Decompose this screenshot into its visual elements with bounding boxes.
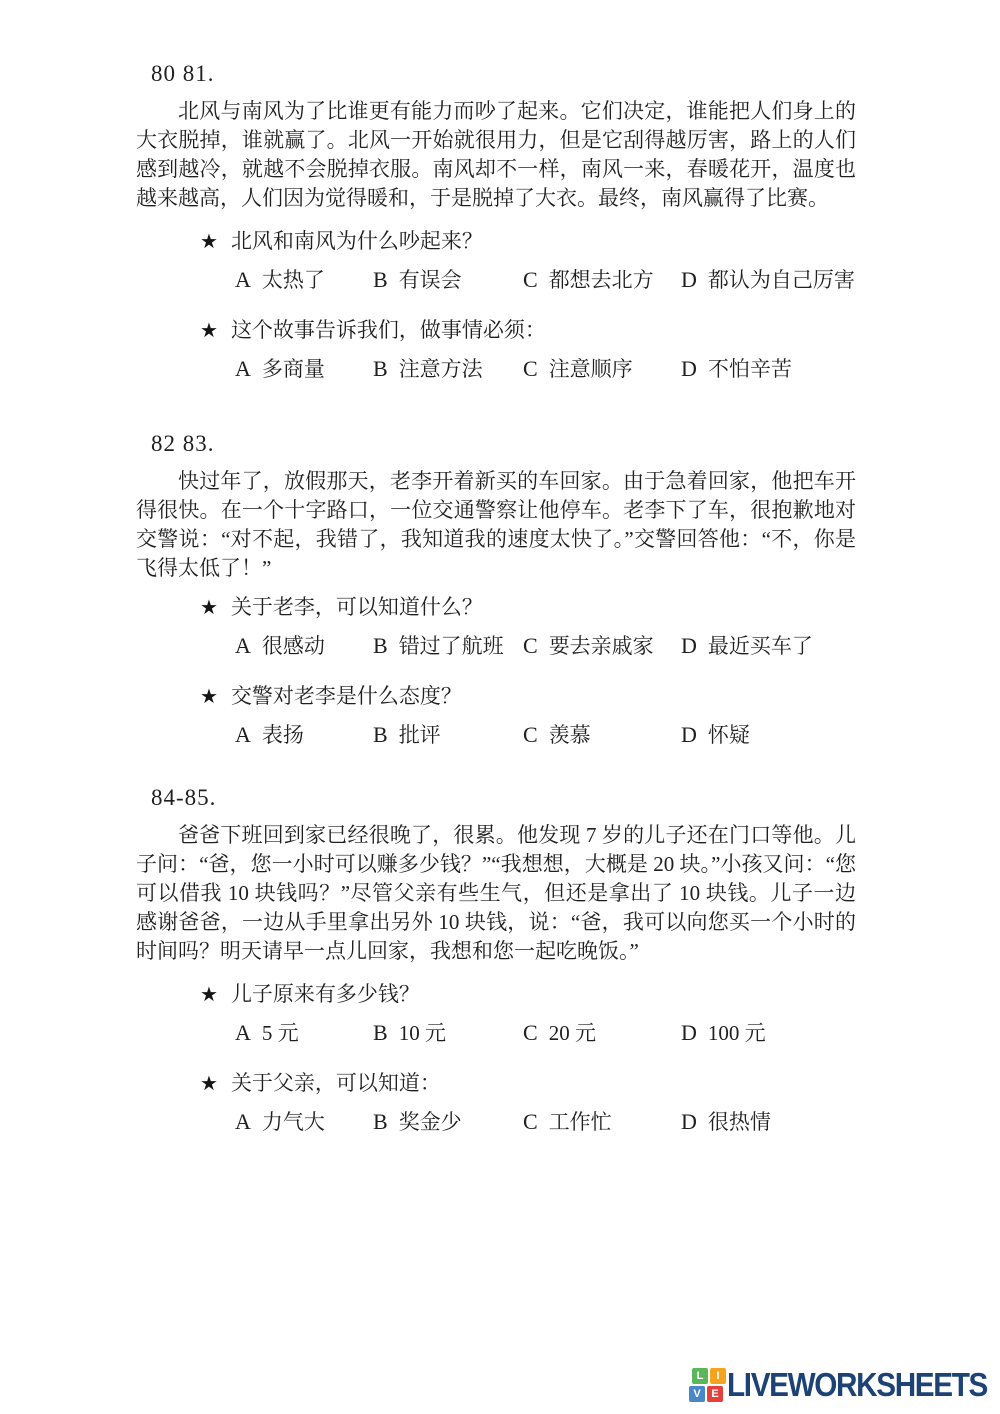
options-row: A 多商量 B 注意方法 C 注意顺序 D 不怕辛苦 xyxy=(235,354,856,384)
options-row: A 5 元 B 10 元 C 20 元 D 100 元 xyxy=(235,1018,856,1048)
option-text: 最近买车了 xyxy=(708,632,813,661)
option-d[interactable]: D 都认为自己厉害 xyxy=(681,265,855,295)
option-letter: A xyxy=(235,354,251,383)
section-number: 80 81. xyxy=(151,60,856,88)
option-text: 有误会 xyxy=(399,266,462,295)
option-text: 20 元 xyxy=(549,1019,596,1048)
option-a[interactable]: A 力气大 xyxy=(235,1107,373,1137)
option-letter: C xyxy=(523,265,538,294)
option-c[interactable]: C 工作忙 xyxy=(523,1107,681,1137)
options-row: A 力气大 B 奖金少 C 工作忙 D 很热情 xyxy=(235,1107,856,1137)
option-text: 不怕辛苦 xyxy=(708,355,792,384)
option-text: 很感动 xyxy=(262,632,325,661)
question-prompt: 关于老李，可以知道什么？ xyxy=(231,593,483,622)
option-text: 都认为自己厉害 xyxy=(708,266,855,295)
question-block: ★ 这个故事告诉我们，做事情必须： A 多商量 B 注意方法 C 注意顺序 xyxy=(200,316,856,384)
star-icon: ★ xyxy=(200,1070,218,1099)
passage-text: 爸爸下班回到家已经很晚了，很累。他发现 7 岁的儿子还在门口等他。儿子问：“爸，… xyxy=(136,821,856,966)
option-a[interactable]: A 多商量 xyxy=(235,354,373,384)
option-b[interactable]: B 10 元 xyxy=(373,1018,523,1048)
option-letter: D xyxy=(681,1107,697,1136)
question-prompt: 交警对老李是什么态度？ xyxy=(231,682,462,711)
liveworksheets-logo[interactable]: L I V E LIVEWORKSHEETS xyxy=(689,1366,1000,1404)
option-text: 错过了航班 xyxy=(399,632,504,661)
star-icon: ★ xyxy=(200,594,218,623)
option-letter: D xyxy=(681,265,697,294)
option-c[interactable]: C 注意顺序 xyxy=(523,354,681,384)
option-letter: C xyxy=(523,631,538,660)
option-text: 太热了 xyxy=(262,266,325,295)
option-b[interactable]: B 注意方法 xyxy=(373,354,523,384)
option-letter: C xyxy=(523,1107,538,1136)
option-letter: B xyxy=(373,720,388,749)
star-icon: ★ xyxy=(200,317,218,346)
section-number: 82 83. xyxy=(151,430,856,458)
star-icon: ★ xyxy=(200,683,218,712)
logo-tile-i: I xyxy=(710,1368,726,1384)
option-d[interactable]: D 不怕辛苦 xyxy=(681,354,792,384)
option-text: 100 元 xyxy=(708,1019,766,1048)
option-c[interactable]: C 要去亲戚家 xyxy=(523,631,681,661)
option-d[interactable]: D 100 元 xyxy=(681,1018,766,1048)
question-prompt: 儿子原来有多少钱？ xyxy=(231,980,420,1009)
option-letter: A xyxy=(235,631,251,660)
option-letter: B xyxy=(373,354,388,383)
question-block: ★ 北风和南风为什么吵起来？ A 太热了 B 有误会 C 都想去北方 xyxy=(200,227,856,295)
passage-text: 快过年了，放假那天，老李开着新买的车回家。由于急着回家，他把车开得很快。在一个十… xyxy=(136,467,856,583)
option-letter: A xyxy=(235,1018,251,1047)
option-b[interactable]: B 有误会 xyxy=(373,265,523,295)
option-text: 怀疑 xyxy=(708,721,750,750)
question-prompt: 关于父亲，可以知道： xyxy=(231,1069,441,1098)
option-letter: D xyxy=(681,631,697,660)
option-text: 注意顺序 xyxy=(549,355,633,384)
option-letter: C xyxy=(523,720,538,749)
option-d[interactable]: D 怀疑 xyxy=(681,720,750,750)
option-a[interactable]: A 很感动 xyxy=(235,631,373,661)
option-c[interactable]: C 20 元 xyxy=(523,1018,681,1048)
option-letter: A xyxy=(235,1107,251,1136)
option-c[interactable]: C 羡慕 xyxy=(523,720,681,750)
option-text: 5 元 xyxy=(262,1019,299,1048)
star-icon: ★ xyxy=(200,981,218,1010)
exercise-80-81: 80 81. 北风与南风为了比谁更有能力而吵了起来。它们决定，谁能把人们身上的大… xyxy=(136,60,856,384)
option-letter: C xyxy=(523,1018,538,1047)
logo-tile-l: L xyxy=(692,1368,708,1384)
option-c[interactable]: C 都想去北方 xyxy=(523,265,681,295)
option-a[interactable]: A 太热了 xyxy=(235,265,373,295)
section-number: 84-85. xyxy=(151,784,856,812)
liveworksheets-icon: L I V E xyxy=(689,1368,723,1402)
worksheet-page: 80 81. 北风与南风为了比谁更有能力而吵了起来。它们决定，谁能把人们身上的大… xyxy=(0,0,1000,1414)
option-text: 很热情 xyxy=(708,1108,771,1137)
option-letter: B xyxy=(373,631,388,660)
question-block: ★ 儿子原来有多少钱？ A 5 元 B 10 元 C 20 元 xyxy=(200,980,856,1048)
option-text: 工作忙 xyxy=(549,1108,612,1137)
option-text: 羡慕 xyxy=(549,721,591,750)
option-text: 注意方法 xyxy=(399,355,483,384)
exercise-82-83: 82 83. 快过年了，放假那天，老李开着新买的车回家。由于急着回家，他把车开得… xyxy=(136,430,856,750)
option-letter: D xyxy=(681,720,697,749)
question-block: ★ 关于父亲，可以知道： A 力气大 B 奖金少 C 工作忙 xyxy=(200,1069,856,1137)
option-b[interactable]: B 批评 xyxy=(373,720,523,750)
option-a[interactable]: A 表扬 xyxy=(235,720,373,750)
option-letter: A xyxy=(235,720,251,749)
option-text: 要去亲戚家 xyxy=(549,632,654,661)
reading-exercises: 80 81. 北风与南风为了比谁更有能力而吵了起来。它们决定，谁能把人们身上的大… xyxy=(136,60,856,1137)
option-text: 多商量 xyxy=(262,355,325,384)
question-prompt: 这个故事告诉我们，做事情必须： xyxy=(231,316,546,345)
option-text: 表扬 xyxy=(262,721,304,750)
option-letter: B xyxy=(373,1018,388,1047)
option-text: 10 元 xyxy=(399,1019,446,1048)
option-letter: B xyxy=(373,265,388,294)
option-d[interactable]: D 很热情 xyxy=(681,1107,771,1137)
option-d[interactable]: D 最近买车了 xyxy=(681,631,813,661)
option-letter: D xyxy=(681,1018,697,1047)
option-letter: D xyxy=(681,354,697,383)
passage-text: 北风与南风为了比谁更有能力而吵了起来。它们决定，谁能把人们身上的大衣脱掉，谁就赢… xyxy=(136,97,856,213)
option-b[interactable]: B 奖金少 xyxy=(373,1107,523,1137)
question-block: ★ 关于老李，可以知道什么？ A 很感动 B 错过了航班 C 要去亲戚家 xyxy=(200,593,856,661)
options-row: A 很感动 B 错过了航班 C 要去亲戚家 D 最近买车了 xyxy=(235,631,856,661)
options-row: A 太热了 B 有误会 C 都想去北方 D 都认为自己厉害 xyxy=(235,265,856,295)
option-text: 批评 xyxy=(399,721,441,750)
option-text: 力气大 xyxy=(262,1108,325,1137)
logo-tile-v: V xyxy=(689,1386,705,1402)
exercise-84-85: 84-85. 爸爸下班回到家已经很晚了，很累。他发现 7 岁的儿子还在门口等他。… xyxy=(136,784,856,1137)
option-text: 奖金少 xyxy=(399,1108,462,1137)
logo-tile-e: E xyxy=(707,1386,723,1402)
option-a[interactable]: A 5 元 xyxy=(235,1018,373,1048)
option-letter: B xyxy=(373,1107,388,1136)
option-text: 都想去北方 xyxy=(549,266,654,295)
option-b[interactable]: B 错过了航班 xyxy=(373,631,523,661)
option-letter: C xyxy=(523,354,538,383)
brand-name: LIVEWORKSHEETS xyxy=(727,1366,987,1404)
star-icon: ★ xyxy=(200,228,218,257)
option-letter: A xyxy=(235,265,251,294)
options-row: A 表扬 B 批评 C 羡慕 D 怀疑 xyxy=(235,720,856,750)
question-prompt: 北风和南风为什么吵起来？ xyxy=(231,227,483,256)
question-block: ★ 交警对老李是什么态度？ A 表扬 B 批评 C 羡慕 xyxy=(200,682,856,750)
